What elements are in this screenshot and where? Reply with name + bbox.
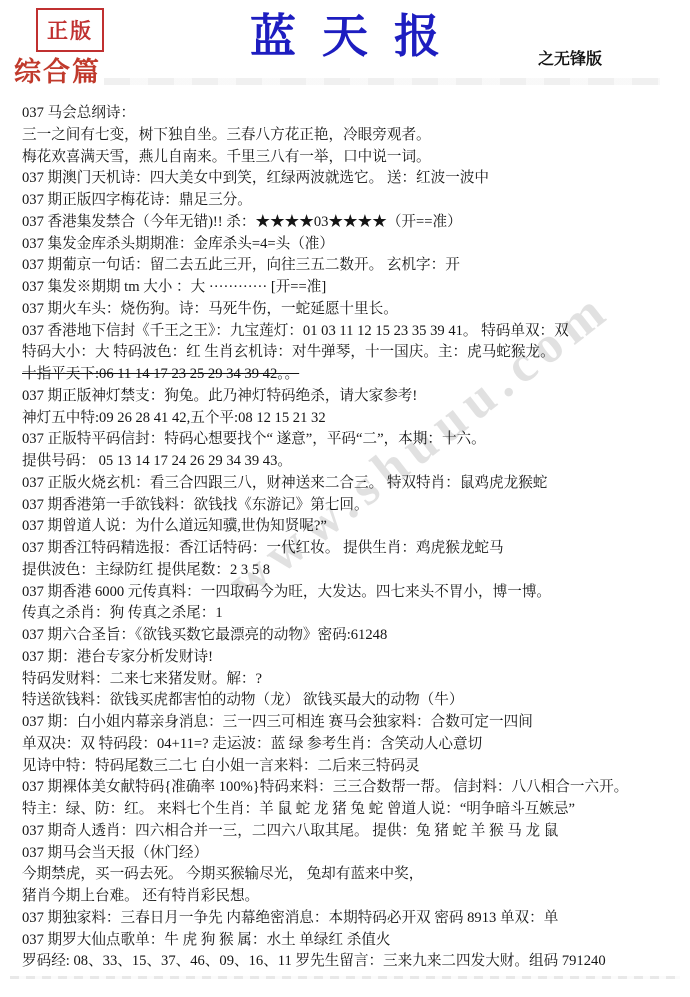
report-line: 猪肖今期上台难。 还有特肖彩民想。: [22, 886, 684, 908]
report-line: 罗码经: 08、33、15、37、46、09、16、11 罗先生留言：三来九来二…: [22, 951, 684, 973]
report-line: 见诗中特：特码尾数三二七 白小姐一言来料：二后来三特码灵: [22, 756, 684, 778]
report-line: 037 期罗大仙点歌单：牛 虎 狗 猴 属：水土 单绿红 杀值火: [22, 930, 684, 952]
report-line: 特码大小：大 特码波色：红 生肖玄机诗：对牛弹琴，十一国庆。主：虎马蛇猴龙。: [22, 342, 684, 364]
header-divider: [104, 78, 660, 85]
report-line: 037 期：港台专家分析发财诗!: [22, 647, 684, 669]
report-page: 正版 蓝天报 之无锋版 综合篇 www.shuuu.com 037 马会总纲诗：…: [0, 0, 690, 997]
report-line: 037 期奇人透肖：四六相合并一三，二四六八取其尾。 提供：兔 猪 蛇 羊 猴 …: [22, 821, 684, 843]
report-line: 037 期曾道人说：为什么道远知骥,世伪知贤呢?”: [22, 516, 684, 538]
edition-label: 之无锋版: [538, 46, 602, 69]
section-title: 综合篇: [14, 50, 101, 89]
report-line: 传真之杀肖：狗 传真之杀尾：1: [22, 603, 684, 625]
report-line: 037 正版特平码信封：特码心想要找个“ 遂意”，平码“二”，本期：十六。: [22, 429, 684, 451]
report-line: 037 期葡京一句话：留二去五此三开，向往三五二数开。 玄机字：开: [22, 255, 684, 277]
report-line: 037 期香港 6000 元传真料：一四取码今为旺，大发达。四七来头不胃小，博一…: [22, 582, 684, 604]
report-line: 特送欲钱料：欲钱买虎都害怕的动物（龙） 欲钱买最大的动物（牛）: [22, 690, 684, 712]
report-line: 037 期裸体美女献特码{准确率 100%}特码来料：三三合数帮一帮。 信封料：…: [22, 777, 684, 799]
report-line: 特码发财料：二来七来猪发财。解：?: [22, 669, 684, 691]
report-line: 037 正版火烧玄机：看三合四跟三八，财神送来二合三。 特双特肖：鼠鸡虎龙猴蛇: [22, 473, 684, 495]
report-line: 037 期马会当天报（休门经）: [22, 843, 684, 865]
report-line: 梅花欢喜满天雪，燕儿自南来。千里三八有一举，口中说一词。: [22, 147, 684, 169]
report-line: 037 期独家料：三春日月一争先 内幕绝密消息：本期特码必开双 密码 8913 …: [22, 908, 684, 930]
report-line: 037 期香港第一手欲钱料：欲钱找《东游记》第七回。: [22, 495, 684, 517]
report-line: 037 期正版神灯禁支：狗兔。此乃神灯特码绝杀，请大家参考!: [22, 386, 684, 408]
report-line: 037 马会总纲诗：: [22, 103, 684, 125]
report-line: 037 香港地下信封《千王之王》：九宝莲灯：01 03 11 12 15 23 …: [22, 321, 684, 343]
report-line: 037 期火车头：烧伤狗。诗：马死牛伤，一蛇延愿十里长。: [22, 299, 684, 321]
report-line: 今期禁虎，买一码去死。 今期买猴输尽光， 兔却有蓝来中奖，: [22, 864, 684, 886]
bottom-divider: [10, 976, 680, 979]
report-line: 单双决：双 特码段：04+11=? 走运波：蓝 绿 参考生肖：含笑动人心意切: [22, 734, 684, 756]
report-line: 037 期正版四字梅花诗：鼎足三分。: [22, 190, 684, 212]
report-line: 037 期六合圣旨：《欲钱买数它最漂亮的动物》密码:61248: [22, 625, 684, 647]
report-line: 提供波色：主绿防红 提供尾数：2 3 5 8: [22, 560, 684, 582]
report-line: 特主：绿、防：红。 来料七个生肖：羊 鼠 蛇 龙 猪 兔 蛇 曾道人说：“明争暗…: [22, 799, 684, 821]
report-line: 037 期澳门天机诗：四大美女中到笑，红绿两波就选它。 送：红波一波中: [22, 168, 684, 190]
report-line: 037 集发金库杀头期期准：金库杀头=4=头（准）: [22, 234, 684, 256]
report-line: 037 期香江特码精选报：香江话特码：一代红妆。 提供生肖：鸡虎猴龙蛇马: [22, 538, 684, 560]
report-line: 神灯五中特:09 26 28 41 42,五个平:08 12 15 21 32: [22, 408, 684, 430]
report-body: 037 马会总纲诗： 三一之间有七变，树下独自坐。三春八方花正艳，冷眼旁观者。 …: [22, 103, 684, 973]
report-line: 037 香港集发禁合（今年无错)!! 杀：★★★★03★★★★（开==准）: [22, 212, 684, 234]
report-line: 提供号码： 05 13 14 17 24 26 29 34 39 43。: [22, 451, 684, 473]
report-line-struck: 十指平天下:06 11 14 17 23 25 29 34 39 42。。: [22, 364, 684, 386]
report-line: 037 期：白小姐内幕亲身消息：三一四三可相连 赛马会独家料：合数可定一四间: [22, 712, 684, 734]
report-line: 037 集发※期期 tm 大小 ：大 ············ [开==准]: [22, 277, 684, 299]
report-line: 三一之间有七变，树下独自坐。三春八方花正艳，冷眼旁观者。: [22, 125, 684, 147]
